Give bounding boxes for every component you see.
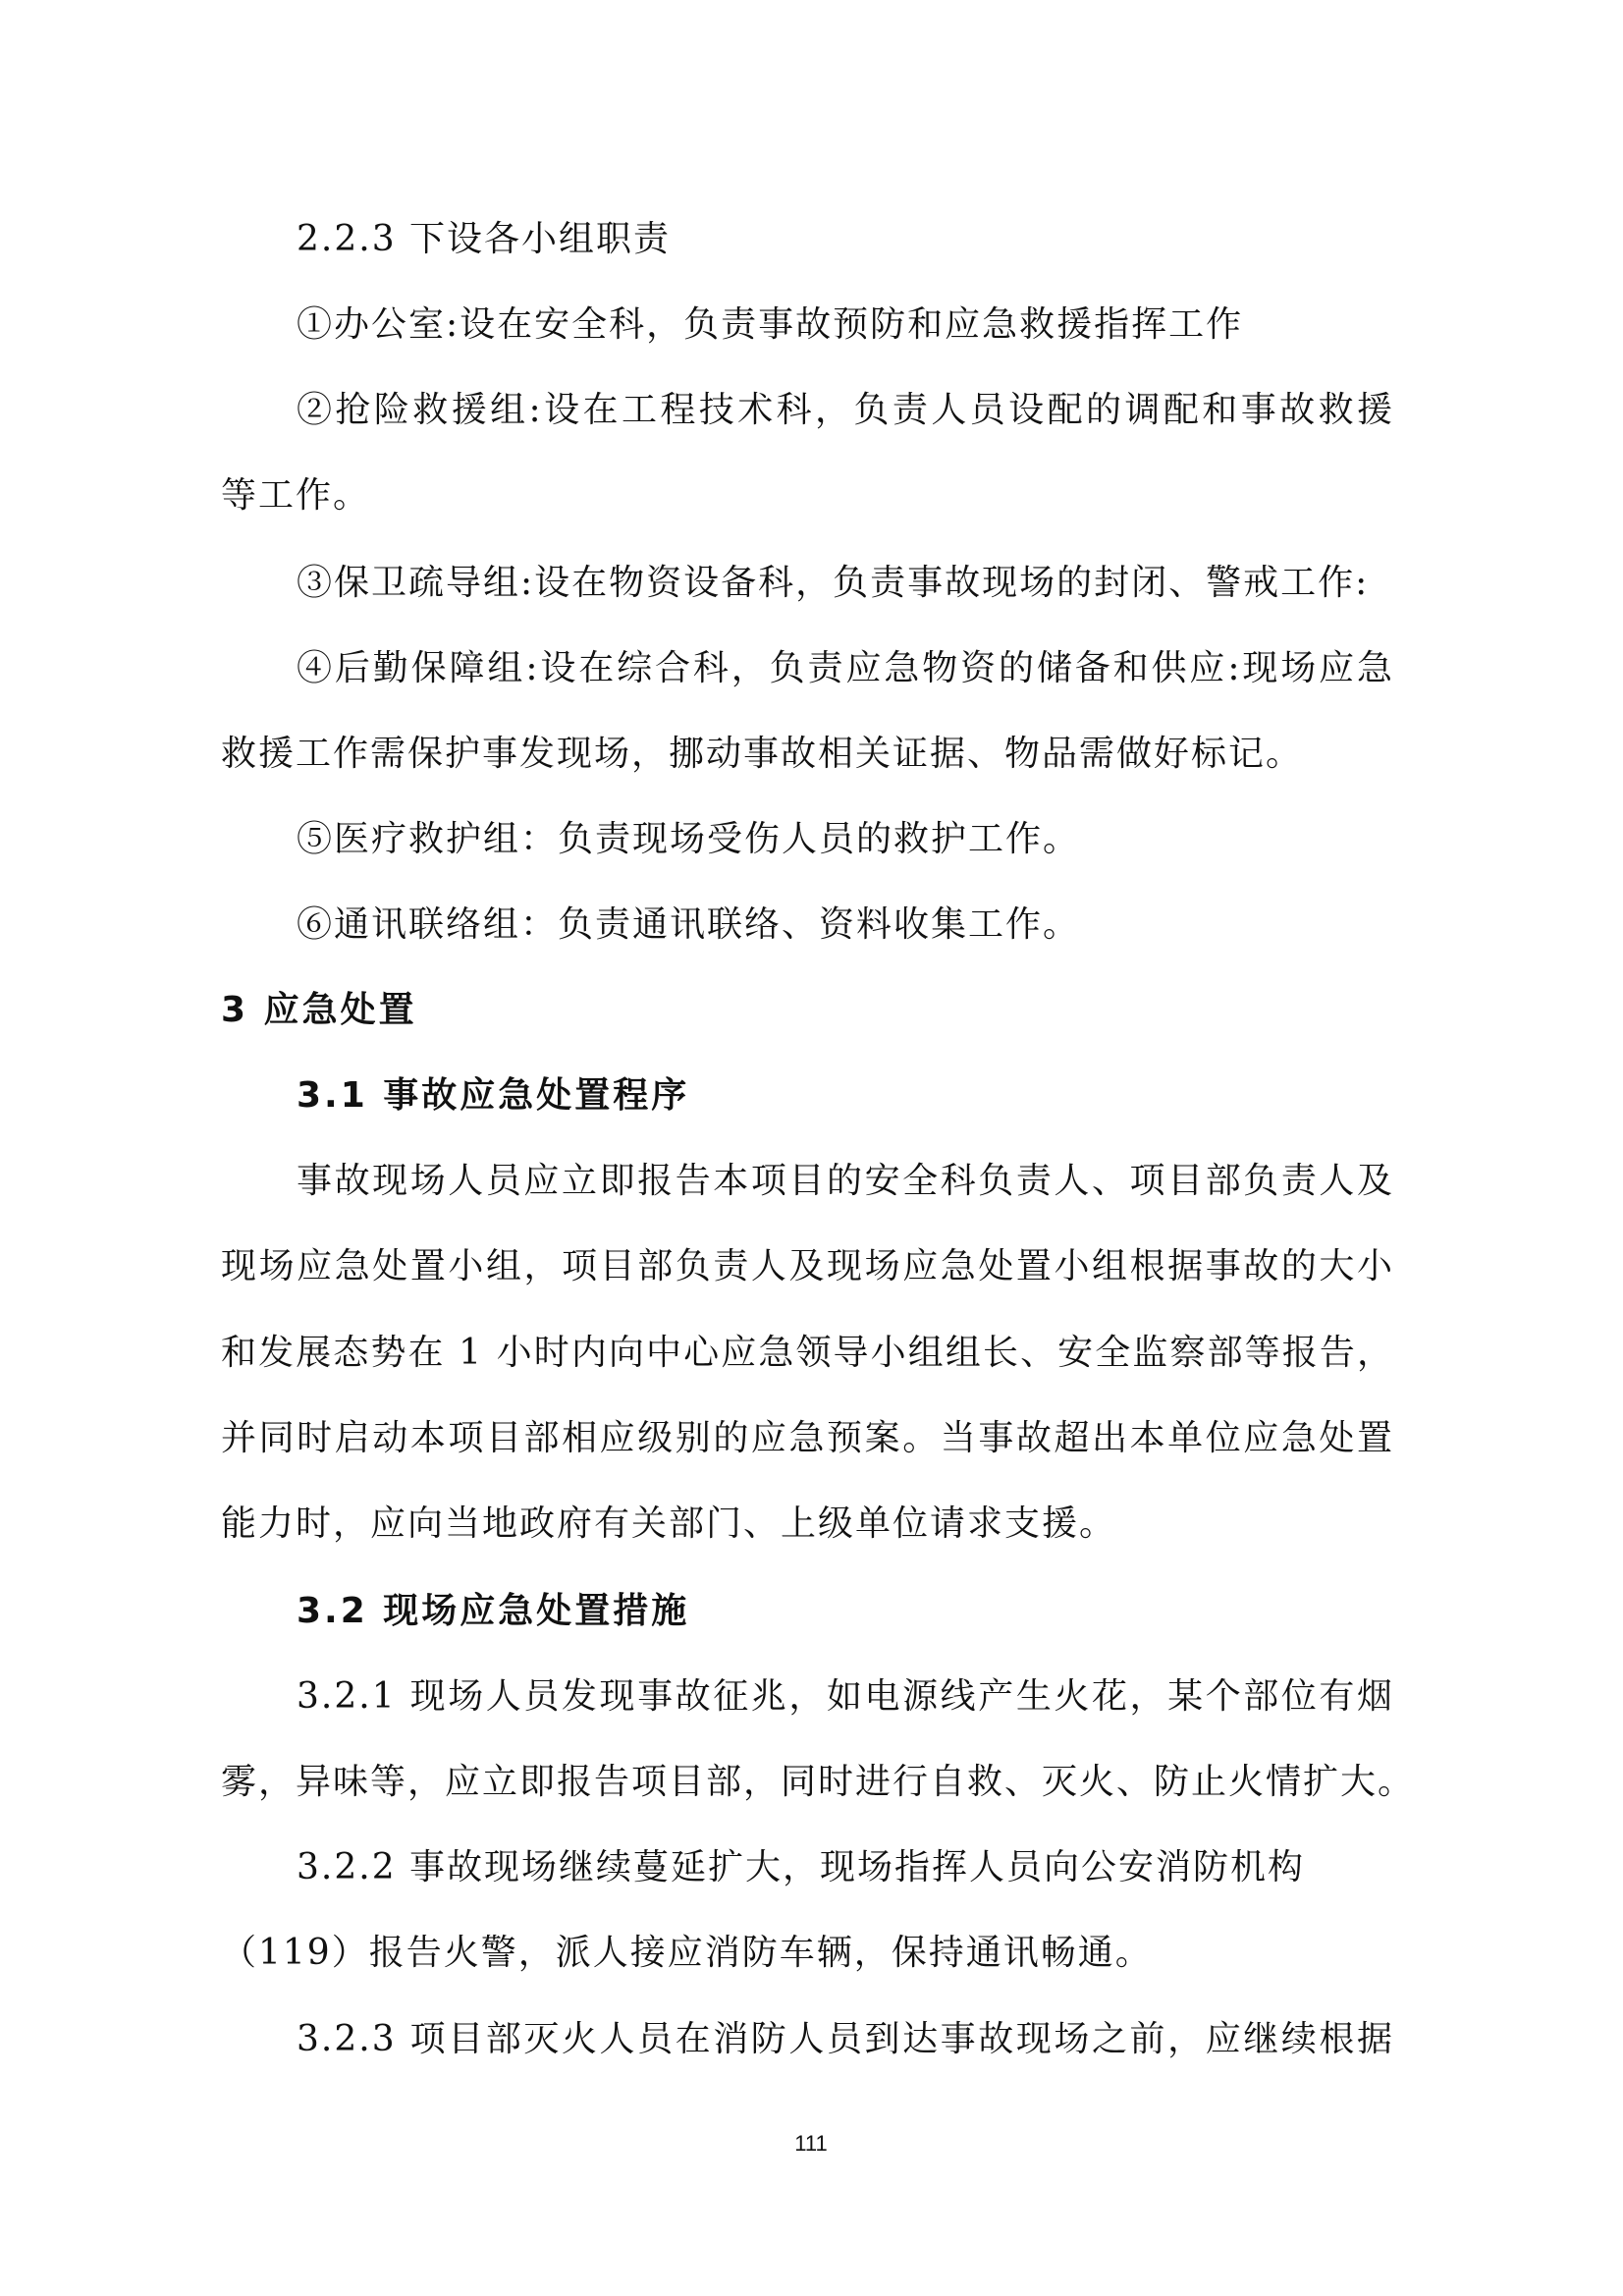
duty-item-logistics: ④后勤保障组:设在综合科，负责应急物资的储备和供应:现场应急	[297, 639, 1394, 698]
duty-item-rescue: ②抢险救援组:设在工程技术科，负责人员设配的调配和事故救援	[297, 381, 1394, 440]
paragraph-3-1-line-4: 并同时启动本项目部相应级别的应急预案。当事故超出本单位应急处置	[221, 1409, 1394, 1468]
section-heading-3-1: 3.1 事故应急处置程序	[297, 1066, 1394, 1125]
paragraph-3-2-1-line-1: 3.2.1 现场人员发现事故征兆，如电源线产生火花，某个部位有烟	[297, 1667, 1394, 1726]
duty-item-office: ①办公室:设在安全科，负责事故预防和应急救援指挥工作	[297, 296, 1394, 355]
paragraph-3-2-1-line-2: 雾，异味等，应立即报告项目部，同时进行自救、灭火、防止火情扩大。	[221, 1753, 1394, 1812]
paragraph-3-2-3-line-1: 3.2.3 项目部灭火人员在消防人员到达事故现场之前，应继续根据	[297, 2010, 1394, 2069]
paragraph-3-1-line-5: 能力时，应向当地政府有关部门、上级单位请求支援。	[221, 1495, 1394, 1554]
paragraph-3-2-2-line-2: （119）报告火警，派人接应消防车辆，保持通讯畅通。	[221, 1924, 1394, 1983]
paragraph-3-1-line-3: 和发展态势在 1 小时内向中心应急领导小组组长、安全监察部等报告，	[221, 1324, 1394, 1383]
section-heading-3: 3 应急处置	[221, 981, 1394, 1040]
subsection-title-2-2-3: 2.2.3 下设各小组职责	[297, 210, 1394, 269]
duty-item-security: ③保卫疏导组:设在物资设备科，负责事故现场的封闭、警戒工作:	[297, 554, 1394, 613]
paragraph-3-1-line-2: 现场应急处置小组，项目部负责人及现场应急处置小组根据事故的大小	[221, 1237, 1394, 1296]
document-page: 2.2.3 下设各小组职责 ①办公室:设在安全科，负责事故预防和应急救援指挥工作…	[0, 0, 1623, 2296]
duty-item-medical: ⑤医疗救护组：负责现场受伤人员的救护工作。	[297, 810, 1394, 869]
paragraph-3-2-2-line-1: 3.2.2 事故现场继续蔓延扩大，现场指挥人员向公安消防机构	[297, 1838, 1394, 1897]
paragraph-3-1-line-1: 事故现场人员应立即报告本项目的安全科负责人、项目部负责人及	[297, 1152, 1394, 1211]
duty-item-rescue-cont: 等工作。	[221, 466, 1394, 525]
page-number: 111	[762, 2131, 860, 2157]
section-heading-3-2: 3.2 现场应急处置措施	[297, 1582, 1394, 1641]
duty-item-communication: ⑥通讯联络组：负责通讯联络、资料收集工作。	[297, 896, 1394, 955]
duty-item-logistics-cont: 救援工作需保护事发现场，挪动事故相关证据、物品需做好标记。	[221, 725, 1394, 784]
